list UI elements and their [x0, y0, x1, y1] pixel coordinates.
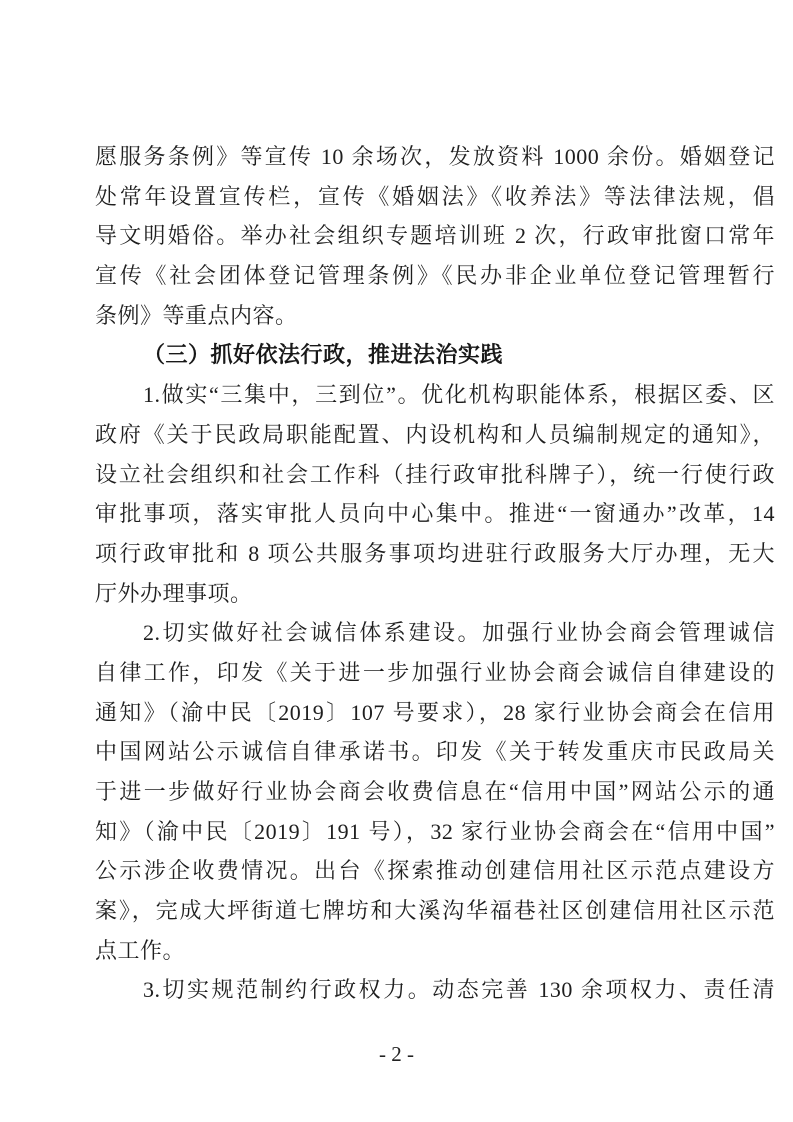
- paragraph: 1.做实“三集中，三到位”。优化机构职能体系，根据区委、区 政府《关于民政局职能…: [95, 375, 775, 613]
- text-line: 点工作。: [95, 931, 775, 971]
- paragraph: 3.切实规范制约行政权力。动态完善 130 余项权力、责任清: [95, 970, 775, 1010]
- text-line: 设立社会组织和社会工作科（挂行政审批科牌子），统一行使行政: [95, 455, 775, 495]
- text-line: 政府《关于民政局职能配置、内设机构和人员编制规定的通知》，: [95, 415, 775, 455]
- text-line: 宣传《社会团体登记管理条例》《民办非企业单位登记管理暂行: [95, 256, 775, 296]
- document-page: 愿服务条例》等宣传 10 余场次，发放资料 1000 余份。婚姻登记 处常年设置…: [0, 0, 793, 1122]
- page-number: - 2 -: [0, 1040, 793, 1068]
- paragraph: 2.切实做好社会诚信体系建设。加强行业协会商会管理诚信 自律工作，印发《关于进一…: [95, 613, 775, 970]
- text-line: 2.切实做好社会诚信体系建设。加强行业协会商会管理诚信: [95, 613, 775, 653]
- text-line: 于进一步做好行业协会商会收费信息在“信用中国”网站公示的通: [95, 772, 775, 812]
- text-line: 自律工作，印发《关于进一步加强行业协会商会诚信自律建设的: [95, 653, 775, 693]
- text-line: 3.切实规范制约行政权力。动态完善 130 余项权力、责任清: [95, 970, 775, 1010]
- text-line: 导文明婚俗。举办社会组织专题培训班 2 次，行政审批窗口常年: [95, 216, 775, 256]
- paragraph: （三）抓好依法行政，推进法治实践: [95, 335, 775, 375]
- text-line: 中国网站公示诚信自律承诺书。印发《关于转发重庆市民政局关: [95, 732, 775, 772]
- text-line: 审批事项，落实审批人员向中心集中。推进“一窗通办”改革，14: [95, 494, 775, 534]
- text-line: 案》，完成大坪街道七牌坊和大溪沟华福巷社区创建信用社区示范: [95, 891, 775, 931]
- text-line: 知》（渝中民〔2019〕191 号），32 家行业协会商会在“信用中国”: [95, 812, 775, 852]
- section-heading: （三）抓好依法行政，推进法治实践: [95, 335, 775, 375]
- text-line: 处常年设置宣传栏，宣传《婚姻法》《收养法》等法律法规，倡: [95, 177, 775, 217]
- text-line: 通知》（渝中民〔2019〕107 号要求），28 家行业协会商会在信用: [95, 693, 775, 733]
- text-line: 厅外办理事项。: [95, 574, 775, 614]
- paragraph: 愿服务条例》等宣传 10 余场次，发放资料 1000 余份。婚姻登记 处常年设置…: [95, 137, 775, 335]
- text-line: 项行政审批和 8 项公共服务事项均进驻行政服务大厅办理，无大: [95, 534, 775, 574]
- text-line: 公示涉企收费情况。出台《探索推动创建信用社区示范点建设方: [95, 851, 775, 891]
- body-text: 愿服务条例》等宣传 10 余场次，发放资料 1000 余份。婚姻登记 处常年设置…: [95, 137, 775, 1010]
- text-line: 1.做实“三集中，三到位”。优化机构职能体系，根据区委、区: [95, 375, 775, 415]
- text-line: 条例》等重点内容。: [95, 296, 775, 336]
- text-line: 愿服务条例》等宣传 10 余场次，发放资料 1000 余份。婚姻登记: [95, 137, 775, 177]
